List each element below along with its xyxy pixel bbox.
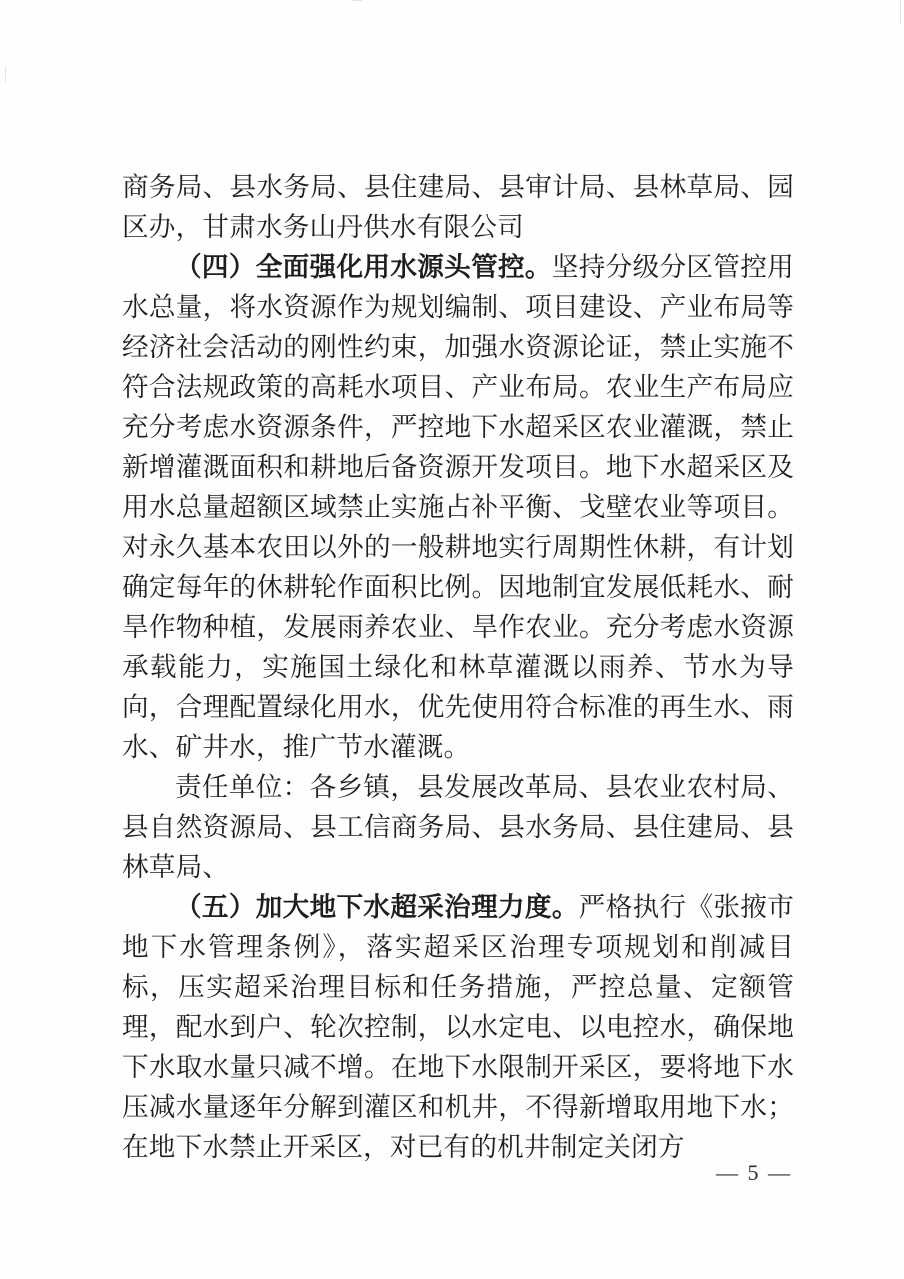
paragraph-responsible-units: 责任单位：各乡镇，县发展改革局、县农业农村局、县自然资源局、县工信商务局、县水务… bbox=[122, 768, 794, 888]
paragraph-section-5: （五）加大地下水超采治理力度。严格执行《张掖市地下水管理条例》，落实超采区治理专… bbox=[122, 888, 794, 1168]
paragraph-text: 责任单位：各乡镇，县发展改革局、县农业农村局、县自然资源局、县工信商务局、县水务… bbox=[122, 772, 794, 883]
scan-artifact-right bbox=[900, 0, 901, 24]
scan-artifact-left bbox=[5, 66, 6, 82]
paragraph-text: 商务局、县水务局、县住建局、县审计局、县林草局、园区办，甘肃水务山丹供水有限公司 bbox=[122, 172, 794, 243]
document-page: 商务局、县水务局、县住建局、县审计局、县林草局、园区办，甘肃水务山丹供水有限公司… bbox=[0, 0, 904, 1279]
paragraph-responsible-units-continued: 商务局、县水务局、县住建局、县审计局、县林草局、园区办，甘肃水务山丹供水有限公司 bbox=[122, 168, 794, 248]
page-number: — 5 — bbox=[716, 1160, 792, 1186]
paragraph-text: 严格执行《张掖市地下水管理条例》，落实超采区治理专项规划和削减目标，压实超采治理… bbox=[122, 892, 794, 1163]
scan-artifact-top bbox=[352, 0, 362, 1]
section-heading: （四）全面强化用水源头管控。 bbox=[175, 252, 552, 283]
paragraph-section-4: （四）全面强化用水源头管控。坚持分级分区管控用水总量，将水资源作为规划编制、项目… bbox=[122, 248, 794, 768]
document-body: 商务局、县水务局、县住建局、县审计局、县林草局、园区办，甘肃水务山丹供水有限公司… bbox=[122, 168, 794, 1168]
paragraph-text: 坚持分级分区管控用水总量，将水资源作为规划编制、项目建设、产业布局等经济社会活动… bbox=[122, 252, 794, 763]
section-heading: （五）加大地下水超采治理力度。 bbox=[175, 892, 579, 923]
